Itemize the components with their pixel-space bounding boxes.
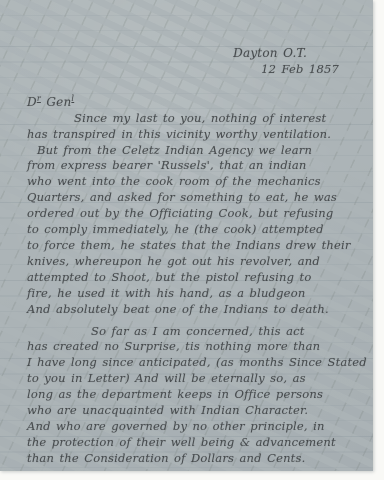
letter-line: Quarters, and asked for something to eat… <box>27 190 365 206</box>
letter-line: has transpired in this vicinity worthy v… <box>27 127 365 143</box>
letter-line: knives, whereupon he got out his revolve… <box>27 254 365 270</box>
letter-line: And who are governed by no other princip… <box>27 419 365 435</box>
salutation-word2-base: Gen <box>41 95 72 109</box>
letter-line: long as the department keeps in Office p… <box>27 387 365 403</box>
salutation: Dr Genl <box>27 91 365 111</box>
letter-line: who went into the cook room of the mecha… <box>27 174 365 190</box>
letter-line: ordered out by the Officiating Cook, but… <box>27 206 365 222</box>
letter-line: than the Consideration of Dollars and Ce… <box>27 451 365 467</box>
dateline-date: 12 Feb 1857 <box>27 62 365 78</box>
letter-line: And absolutely beat one of the Indians t… <box>27 302 365 318</box>
letter-line: to force them, he states that the Indian… <box>27 238 365 254</box>
letter-line: I have long since anticipated, (as month… <box>27 355 365 371</box>
letter-line: the protection of their well being & adv… <box>27 435 365 451</box>
letter-line: So far as I am concerned, this act <box>27 324 365 340</box>
letter-text: Dayton O.T. 12 Feb 1857 Dr Genl Since my… <box>0 0 373 467</box>
letter-line: who are unacquainted with Indian Charact… <box>27 403 365 419</box>
salutation-word2-sup: l <box>71 94 74 103</box>
letter-line: has created no Surprise, tis nothing mor… <box>27 339 365 355</box>
scan-background: Dayton O.T. 12 Feb 1857 Dr Genl Since my… <box>0 0 384 480</box>
letter-paper: Dayton O.T. 12 Feb 1857 Dr Genl Since my… <box>0 0 373 471</box>
letter-line: Since my last to you, nothing of interes… <box>27 111 365 127</box>
dateline-place: Dayton O.T. <box>27 46 365 62</box>
letter-line: from express bearer 'Russels', that an i… <box>27 158 365 174</box>
salutation-word1-base: D <box>27 95 37 109</box>
letter-line: But from the Celetz Indian Agency we lea… <box>27 143 365 159</box>
letter-line: fire, he used it with his hand, as a blu… <box>27 286 365 302</box>
letter-line: to you in Letter) And will be eternally … <box>27 371 365 387</box>
letter-line: to comply immediately, he (the cook) att… <box>27 222 365 238</box>
letter-line: attempted to Shoot, but the pistol refus… <box>27 270 365 286</box>
